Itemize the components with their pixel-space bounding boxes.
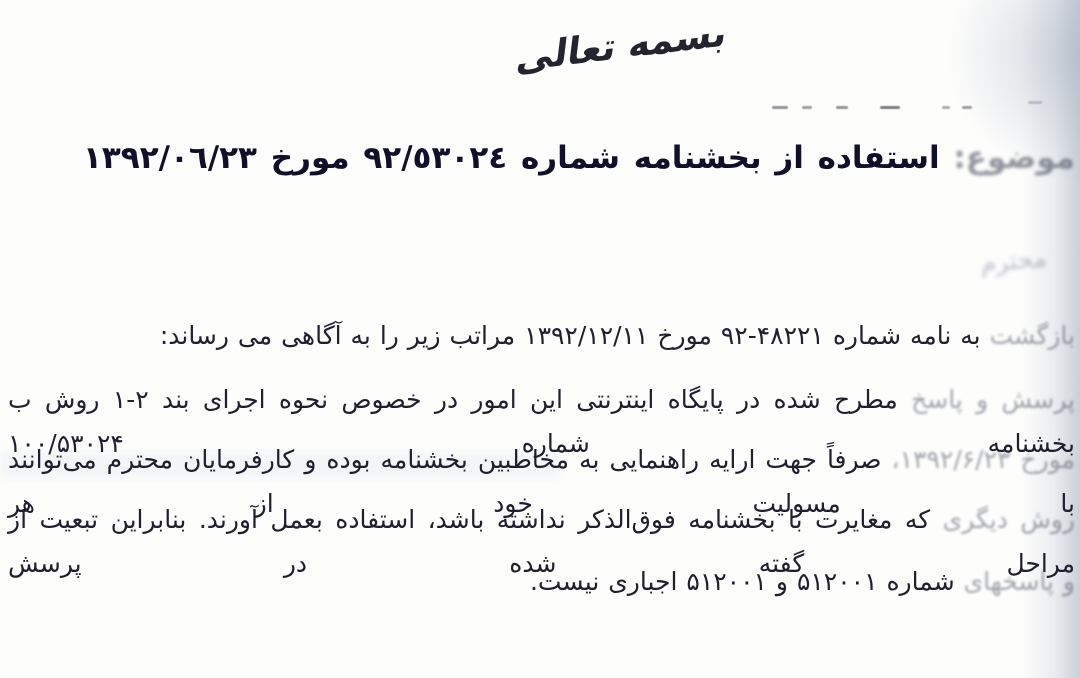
erased-mark [1028, 101, 1042, 104]
subject-label-smudged: موضوع: [953, 140, 1075, 176]
reference-smudged-word: بازگشت [990, 321, 1075, 350]
body-line-2-smudged-words: مورخ ۱۳۹۲/۶/۲۳، [892, 445, 1075, 474]
erased-mark [802, 106, 812, 109]
reference-text: به نامه شماره ۴۸۲۲۱-۹۲ مورخ ۱۳۹۲/۱۲/۱۱ م… [160, 321, 990, 350]
erased-mark [942, 106, 950, 109]
bismillah-calligraphy: بسمه تعالی [514, 11, 729, 81]
body-line-1-smudged-words: پرسش و پاسخ [911, 385, 1075, 414]
erased-mark [836, 106, 848, 109]
subject-line: موضوع: استفاده از بخشنامه شماره ٩٢/٥٣٠٢٤… [83, 134, 1075, 182]
scanned-letter-page: بسمه تعالی موضوع: استفاده از بخشنامه شما… [0, 0, 1080, 678]
erased-text-remnants [0, 106, 1080, 116]
erased-mark [772, 106, 788, 109]
body-line-3-smudged-words: روش دیگری [943, 505, 1075, 534]
body-line-4-text: شماره ۵۱۲۰۰۱ و ۵۱۲۰۰۱ اجباری نیست. [530, 567, 964, 596]
subject-text: استفاده از بخشنامه شماره ٩٢/٥٣٠٢٤ مورخ ١… [83, 140, 953, 176]
erased-mark [880, 106, 900, 109]
body-line-4-smudged-words: و پاسخهای [964, 567, 1075, 596]
reference-line: بازگشت به نامه شماره ۴۸۲۲۱-۹۲ مورخ ۱۳۹۲/… [160, 314, 1075, 358]
erased-mark [962, 106, 972, 109]
body-line-4: و پاسخهای شماره ۵۱۲۰۰۱ و ۵۱۲۰۰۱ اجباری ن… [530, 560, 1075, 604]
